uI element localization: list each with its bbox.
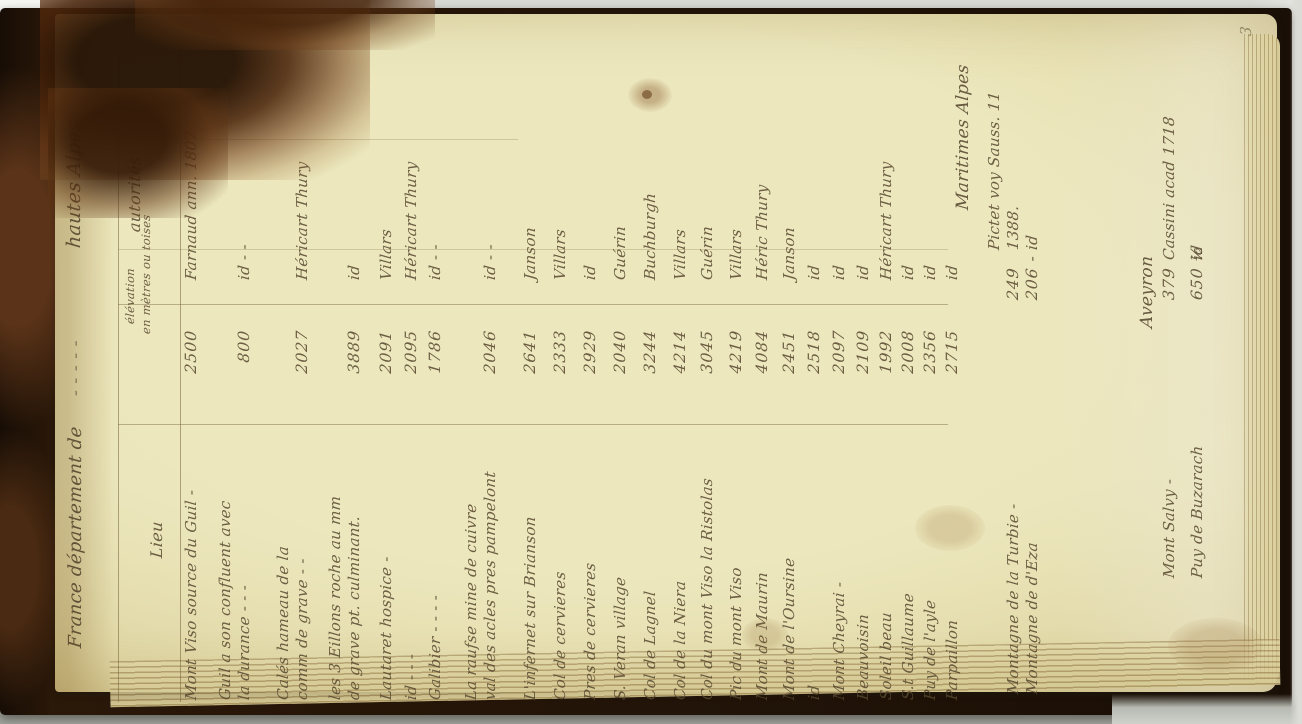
column-header-autorites: autorités [125,156,144,233]
page-number: 3 [1237,25,1255,36]
authority-entry: id - - [481,243,500,281]
table-rule [118,139,518,140]
column-header-elevation-1: élévation [123,267,137,324]
authority-entry: Héricart Thury [293,161,312,281]
lieu-entry: Montagne de la Turbie - [1004,503,1023,695]
lieu-entry: id - - - [402,653,421,701]
elevation-value: 2715 [943,329,961,423]
elevation-value: 2097 [830,329,848,423]
lieu-entry: Soleil beau [877,611,896,700]
lieu-entry: La raufse mine de cuivre [462,503,481,701]
authority-entry: id - - [426,243,445,281]
authority-entry: id [581,264,600,281]
lieu-entry: Montagne de d'Eza [1023,541,1042,694]
lieu-entry: Guil a son confluent avec [216,500,235,701]
table-rule [118,304,948,305]
elevation-value: 2500 [182,329,200,423]
lieu-entry: Lautaret hospice - [377,555,396,700]
elevation-value: 2929 [581,329,599,423]
column-header-lieu: Lieu [147,520,166,558]
lieu-entry: Pres de cervieres [581,562,600,701]
lieu-entry: de grave pt. culminant. [345,515,364,701]
lieu-entry: Col du mont Viso la Ristolas [698,477,717,701]
lieu-entry: Beauvoisin [854,613,873,701]
lieu-entry: comm de grave - - [293,557,312,700]
elevation-value: 2008 [899,329,917,423]
header-dashes: - - - - - [65,339,86,397]
lieu-entry: Calés hameau de la [274,545,293,701]
authority-entry: id [899,264,918,281]
lieu-entry: Mont de l'Oursine [780,557,799,701]
authority-entry: id [921,264,940,281]
lieu-entry: L'infernet sur Brianson [521,516,540,701]
elevation-value: 2091 [377,329,395,423]
authority-entry: id [1188,244,1207,261]
elevation-value: 2109 [854,329,872,423]
section-title: Aveyron [1137,255,1157,329]
lieu-entry: les 3 Eillons roche au mm [326,495,345,701]
table-rule [118,47,119,702]
authority-entry: id - - [235,243,254,281]
authority-entry: Guérin [611,225,630,281]
elevation-value: 2518 [805,329,823,423]
lieu-entry: Parpaillon [943,619,962,701]
authority-entry: Janson [780,226,799,280]
lieu-entry: Puy de l'ayle [921,599,940,701]
lieu-entry: la durance - - - [235,584,254,701]
lieu-entry: Mont Viso source du Guil - [182,489,201,701]
elevation-value: 3244 [641,329,659,423]
authority-entry: id [854,264,873,281]
authority-entry: id [943,264,962,281]
handwritten-content: France département de - - - - - hautes A… [55,13,1290,708]
authority-entry: Farnaud ann. 1807 [182,130,201,281]
authority-entry: Héricart Thury [877,161,896,281]
lieu-entry: Pic du mont Viso [727,566,746,700]
department-name: hautes Alpes [63,120,85,249]
country-label: France [65,581,86,649]
elevation-value: 1992 [877,329,895,423]
authority-entry: Villars [727,228,746,281]
authority-entry: Villars [551,228,570,281]
lieu-entry: Mont Salvy - [1160,478,1179,579]
authority-entry: Guérin [698,225,717,281]
section-title: Maritimes Alpes [953,64,973,211]
lieu-entry: S. Veran village [611,576,630,701]
authority-entry: Villars [671,228,690,281]
lieu-entry: S.t Guillaume [899,592,918,701]
authority-entry: Pictet voy Sauss. 11 [985,91,1004,251]
elevation-value: 3045 [698,329,716,423]
lieu-entry: Galibier - - - - [426,594,445,701]
authority-entry: Héricart Thury [402,161,421,281]
elevation-value: 2095 [402,329,420,423]
lieu-entry: Mont Cheyrai - [830,581,849,701]
elevation-value: 2356 [921,329,939,423]
authority-entry: id [830,264,849,281]
authority-entry: Janson [521,226,540,280]
lieu-entry: Mont de Maurin [753,571,772,701]
lieu-entry: id [805,684,824,701]
elevation-value: 2027 [293,329,311,423]
lieu-entry: val des acles pres pampelont [481,470,500,700]
lieu-entry: Col de Lagnel [641,590,660,701]
lieu-entry: Puy de Buzarach [1188,445,1207,579]
elevation-value: 4214 [671,329,689,423]
elevation-value: 2040 [611,329,629,423]
elevation-value: 800 [235,329,253,423]
elevation-value: 206 - [1023,207,1041,301]
lieu-entry: Col de la Niera [671,580,690,701]
elevation-value: 2641 [521,329,539,423]
elevation-value: 3889 [345,329,363,423]
authority-entry: Villars [377,228,396,281]
elevation-value: 4219 [727,329,745,423]
authority-entry: id [1023,234,1042,251]
photo-backdrop [1112,694,1302,724]
authority-entry: id [805,264,824,281]
table-rule [180,47,181,702]
authority-entry: Cassini acad 1718 [1160,115,1179,260]
authority-entry: 1388. [1004,205,1023,251]
elevation-value: 2046 [481,329,499,423]
authority-entry: Héric Thury [753,184,772,281]
photo-backdrop [1290,0,1302,724]
department-label: département de [65,426,86,577]
elevation-value: 2333 [551,329,569,423]
elevation-value: 4084 [753,329,771,423]
elevation-value: 2451 [780,329,798,423]
table-rule [118,424,948,425]
photo-frame: France département de - - - - - hautes A… [0,0,1302,724]
lieu-entry: Col de cervieres [551,571,570,701]
elevation-value: 1786 [426,329,444,423]
authority-entry: Buchburgh [641,192,660,281]
authority-entry: id [345,264,364,281]
